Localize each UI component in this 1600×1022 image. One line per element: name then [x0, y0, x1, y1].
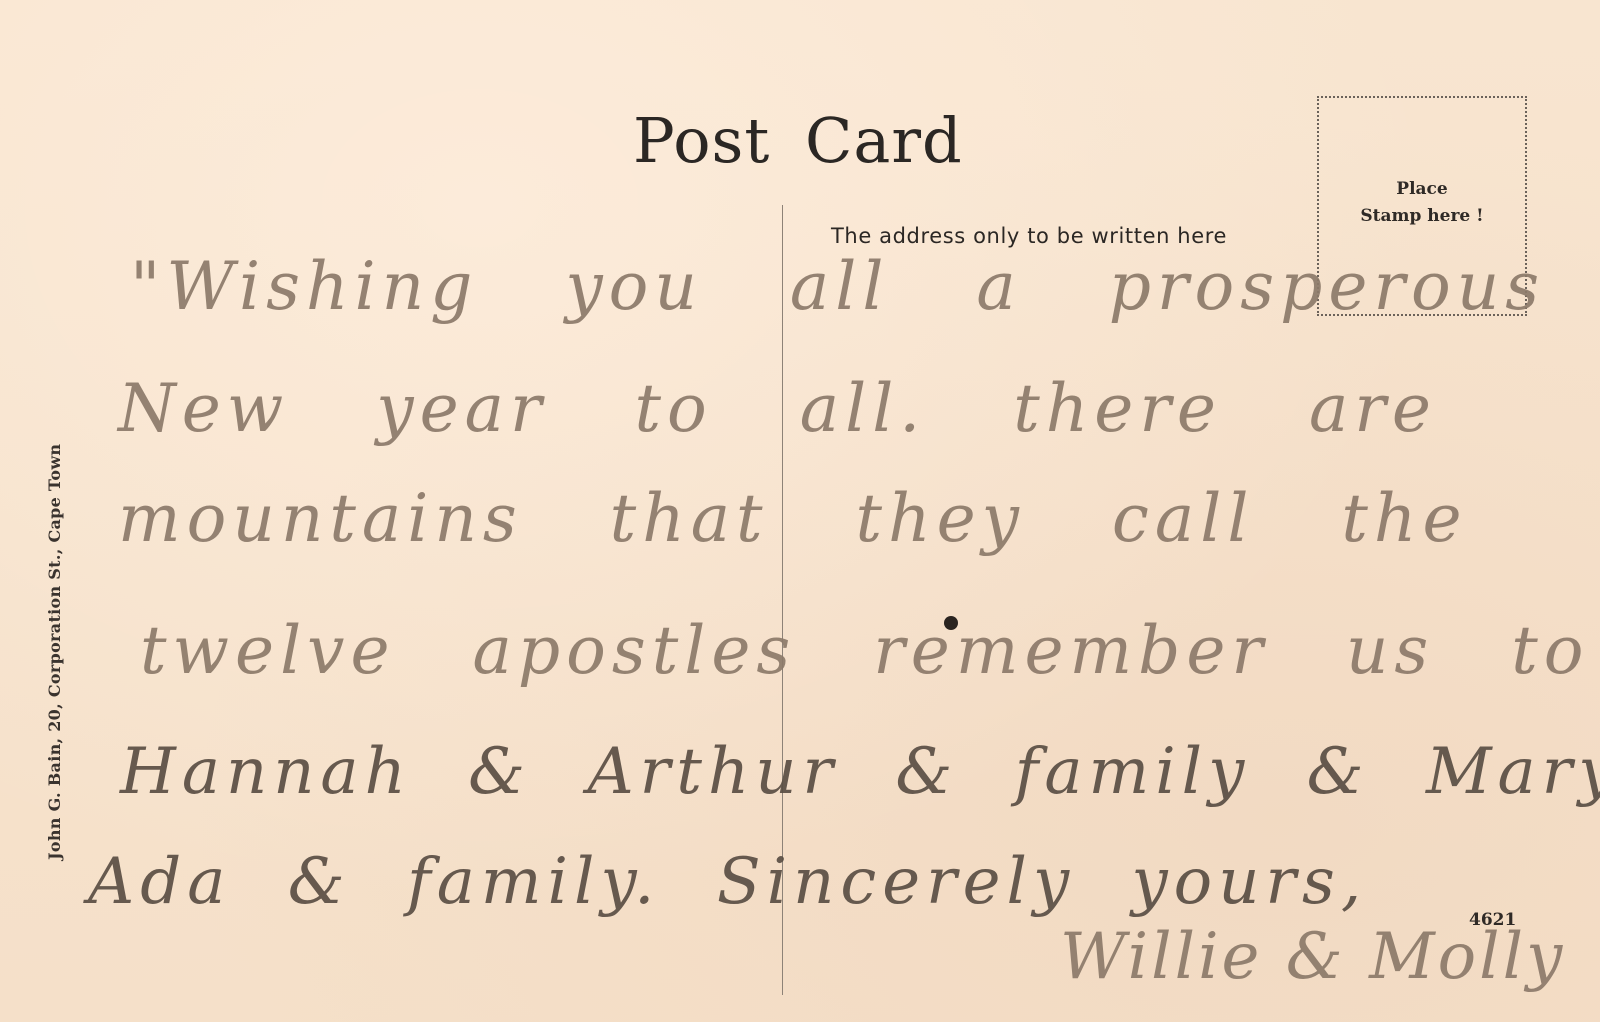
publisher-imprint: John G. Bain, 20, Corporation St., Cape …	[45, 444, 64, 860]
stamp-line-1: Place	[1319, 176, 1525, 203]
handwritten-line-1: "Wishing you all a prosperous	[130, 248, 1545, 325]
stamp-line-2: Stamp here !	[1319, 203, 1525, 230]
handwritten-line-5: Hannah & Arthur & family & Mary &	[120, 735, 1600, 809]
handwritten-line-6: Ada & family. Sincerely yours,	[88, 845, 1367, 919]
ink-blot	[944, 616, 958, 630]
handwritten-signature: Willie & Molly	[1060, 920, 1565, 994]
handwritten-line-4: twelve apostles remember us to	[140, 612, 1590, 689]
stamp-box-text: Place Stamp here !	[1319, 176, 1525, 230]
handwritten-line-2: New year to all. there are	[118, 370, 1437, 447]
postcard-title: Post Card	[633, 104, 963, 177]
card-number: 4621	[1469, 910, 1516, 930]
handwritten-line-3: mountains that they call the	[118, 480, 1468, 557]
postcard-back: Post Card The address only to be written…	[0, 0, 1600, 1022]
address-instruction: The address only to be written here	[831, 224, 1227, 248]
